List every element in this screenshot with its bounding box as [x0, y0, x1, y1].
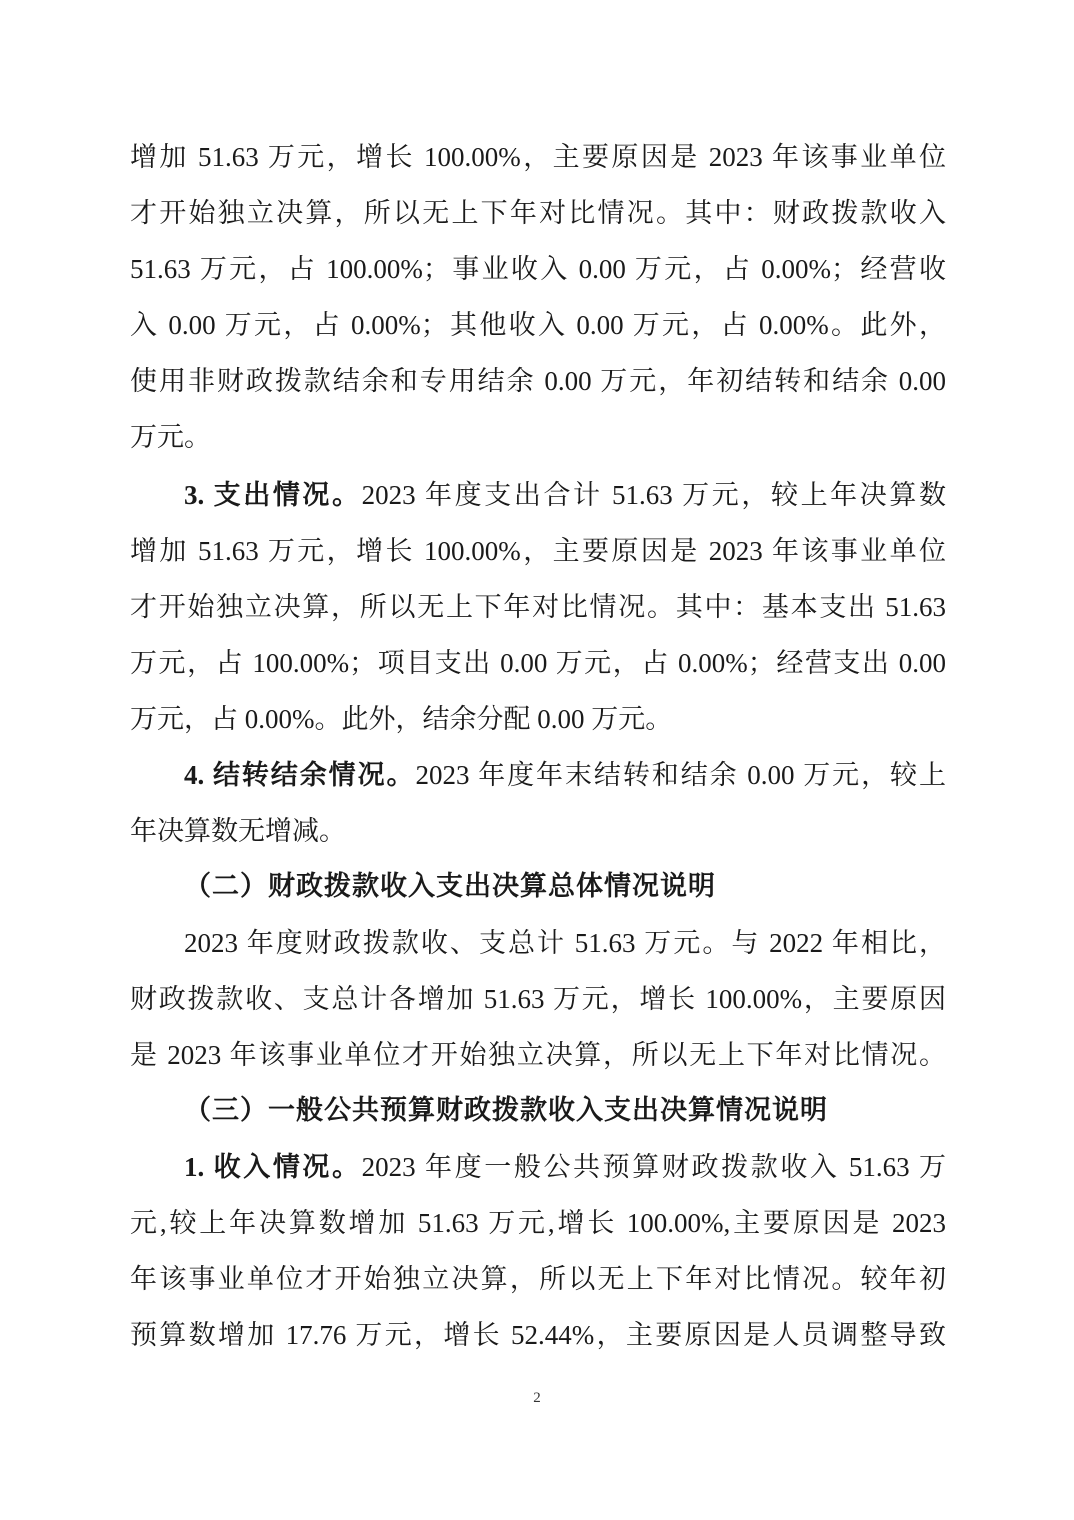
section-income-first-line: 1. 收入情况。2023 年度一般公共预算财政拨款收入 51.63 万 — [184, 1147, 946, 1187]
section-label: 3. 支出情况。 — [184, 480, 362, 510]
section-expenditure-first-line: 3. 支出情况。2023 年度支出合计 51.63 万元，较上年决算数 — [184, 475, 946, 515]
paragraph-text: 2023 年度年末结转和结余 0.00 万元，较上 — [416, 760, 947, 790]
paragraph-text: 2023 年度一般公共预算财政拨款收入 51.63 万 — [362, 1152, 946, 1182]
paragraph-line: 预算数增加 17.76 万元，增长 52.44%，主要原因是人员调整导致 — [130, 1315, 946, 1355]
paragraph-line: 元,较上年决算数增加 51.63 万元,增长 100.00%,主要原因是 202… — [130, 1203, 946, 1243]
paragraph-line: 是 2023 年该事业单位才开始独立决算，所以无上下年对比情况。 — [130, 1035, 946, 1075]
paragraph-line: 增加 51.63 万元，增长 100.00%，主要原因是 2023 年该事业单位 — [130, 531, 946, 571]
paragraph-line: 万元，占 100.00%；项目支出 0.00 万元，占 0.00%；经营支出 0… — [130, 643, 946, 683]
paragraph-text: 2023 年度支出合计 51.63 万元，较上年决算数 — [362, 480, 946, 510]
paragraph-line: 51.63 万元，占 100.00%；事业收入 0.00 万元，占 0.00%；… — [130, 249, 946, 289]
section-heading-2: （二）财政拨款收入支出决算总体情况说明 — [184, 867, 716, 907]
paragraph-line: 使用非财政拨款结余和专用结余 0.00 万元，年初结转和结余 0.00 — [130, 361, 946, 401]
section-label: 1. 收入情况。 — [184, 1152, 362, 1182]
paragraph-line: 才开始独立决算，所以无上下年对比情况。其中：财政拨款收入 — [130, 193, 946, 233]
section-carryover-first-line: 4. 结转结余情况。2023 年度年末结转和结余 0.00 万元，较上 — [184, 755, 946, 795]
section-label: 4. 结转结余情况。 — [184, 760, 416, 790]
section-heading-3: （三）一般公共预算财政拨款收入支出决算情况说明 — [184, 1091, 828, 1131]
document-page: 增加 51.63 万元，增长 100.00%，主要原因是 2023 年该事业单位… — [0, 0, 1074, 1520]
paragraph-line: 万元，占 0.00%。此外，结余分配 0.00 万元。 — [130, 699, 946, 739]
page-number: 2 — [0, 1388, 1074, 1408]
paragraph-line: 增加 51.63 万元，增长 100.00%，主要原因是 2023 年该事业单位 — [130, 137, 946, 177]
paragraph-line: 入 0.00 万元，占 0.00%；其他收入 0.00 万元，占 0.00%。此… — [130, 305, 946, 345]
paragraph-line: 财政拨款收、支总计各增加 51.63 万元，增长 100.00%，主要原因 — [130, 979, 946, 1019]
paragraph-line: 万元。 — [130, 417, 946, 457]
paragraph-line: 年该事业单位才开始独立决算，所以无上下年对比情况。较年初 — [130, 1259, 946, 1299]
paragraph-line: 年决算数无增减。 — [130, 811, 946, 851]
paragraph-line: 2023 年度财政拨款收、支总计 51.63 万元。与 2022 年相比， — [184, 923, 946, 963]
paragraph-line: 才开始独立决算，所以无上下年对比情况。其中：基本支出 51.63 — [130, 587, 946, 627]
